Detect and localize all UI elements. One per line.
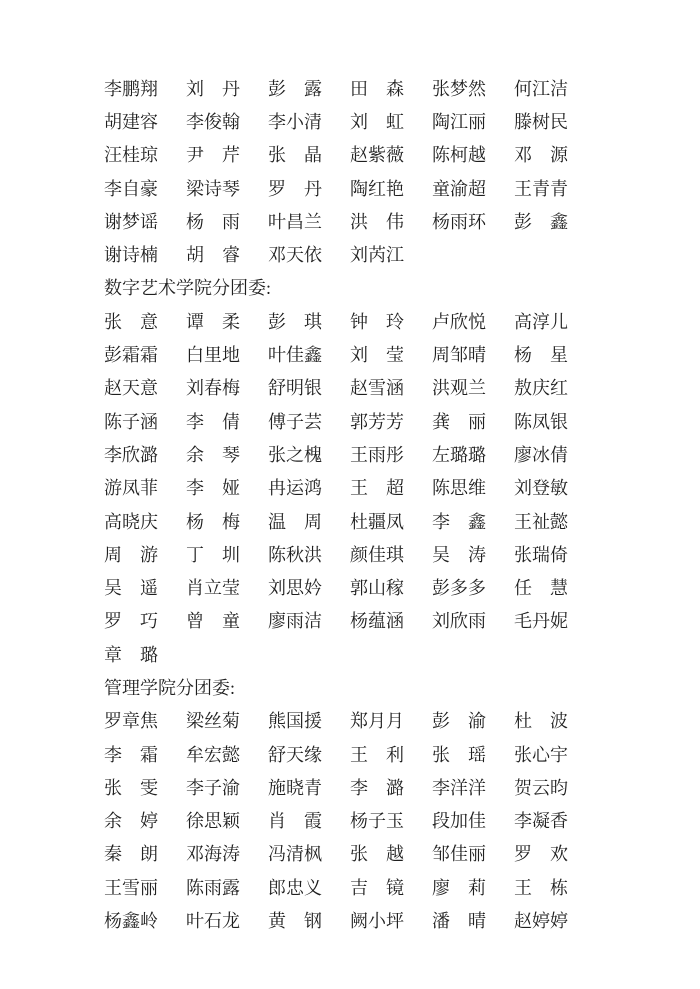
name-cell: 陈秋洪: [268, 541, 325, 567]
name-cell: 彭 琪: [268, 308, 325, 334]
name-cell: 李 娅: [186, 474, 243, 500]
name-cell: 陈思维: [432, 474, 489, 500]
name-cell: 郎忠义: [268, 874, 325, 900]
name-cell: 肖 霞: [268, 807, 325, 833]
name-cell: 刘思妗: [268, 574, 325, 600]
document-page: 李鹏翔刘 丹彭 露田 森张梦然何江洁胡建容李俊翰李小清刘 虹陶江丽滕树民汪桂琼尹…: [0, 0, 700, 989]
name-row: 胡建容李俊翰李小清刘 虹陶江丽滕树民: [104, 104, 574, 137]
name-cell: 李 潞: [350, 774, 407, 800]
name-cell: 余 琴: [186, 441, 243, 467]
name-cell: 洪 伟: [350, 208, 407, 234]
name-cell: 刘春梅: [186, 374, 243, 400]
name-cell: 赵雪涵: [350, 374, 407, 400]
name-cell: 刘登敏: [514, 474, 571, 500]
name-cell: 王 栋: [514, 874, 571, 900]
name-cell: 冉运鸿: [268, 474, 325, 500]
name-cell: 杜疆凤: [350, 508, 407, 534]
name-cell: 余 婷: [104, 807, 161, 833]
name-cell: 刘欣雨: [432, 607, 489, 633]
name-cell: 杨鑫岭: [104, 907, 161, 933]
name-cell: 颜佳琪: [350, 541, 407, 567]
name-row: 罗章焦梁丝菊熊国援郑月月彭 渝杜 波: [104, 704, 574, 737]
name-cell: 彭多多: [432, 574, 489, 600]
name-cell: 周 游: [104, 541, 161, 567]
name-cell: 王祉懿: [514, 508, 571, 534]
name-cell: 张心宇: [514, 741, 571, 767]
name-row: 余 婷徐思颖肖 霞杨子玉段加佳李凝香: [104, 804, 574, 837]
name-cell: 龚 丽: [432, 408, 489, 434]
name-row: 李鹏翔刘 丹彭 露田 森张梦然何江洁: [104, 71, 574, 104]
name-cell: 郭山稼: [350, 574, 407, 600]
name-cell: 陶江丽: [432, 108, 489, 134]
name-cell: 汪桂琼: [104, 141, 161, 167]
name-cell: 陈柯越: [432, 141, 489, 167]
name-cell: 何江洁: [514, 75, 571, 101]
name-cell: 罗 丹: [268, 175, 325, 201]
name-cell: 王 利: [350, 741, 407, 767]
name-row: 李欣潞余 琴张之槐王雨彤左璐璐廖冰倩: [104, 437, 574, 470]
name-cell: 曾 童: [186, 607, 243, 633]
name-cell: 彭 露: [268, 75, 325, 101]
name-cell: 王 超: [350, 474, 407, 500]
name-cell: 刘 莹: [350, 341, 407, 367]
name-cell: 胡 睿: [186, 241, 243, 267]
name-cell: 毛丹妮: [514, 607, 571, 633]
name-cell: 吉 镜: [350, 874, 407, 900]
name-cell: 李 倩: [186, 408, 243, 434]
name-row: 彭霜霜白里地叶佳鑫刘 莹周邹晴杨 星: [104, 337, 574, 370]
name-cell: 高淳儿: [514, 308, 571, 334]
name-cell: 敖庆红: [514, 374, 571, 400]
name-cell: 秦 朗: [104, 840, 161, 866]
name-row: 张 意谭 柔彭 琪钟 玲卢欣悦高淳儿: [104, 304, 574, 337]
name-row: 游凤菲李 娅冉运鸿王 超陈思维刘登敏: [104, 471, 574, 504]
name-cell: 牟宏懿: [186, 741, 243, 767]
name-cell: 冯清枫: [268, 840, 325, 866]
name-cell: 张瑞倚: [514, 541, 571, 567]
name-row: 赵天意刘春梅舒明银赵雪涵洪观兰敖庆红: [104, 371, 574, 404]
name-cell: 杨 星: [514, 341, 571, 367]
name-cell: 童渝超: [432, 175, 489, 201]
name-cell: 游凤菲: [104, 474, 161, 500]
name-cell: 谢诗楠: [104, 241, 161, 267]
name-cell: 郑月月: [350, 707, 407, 733]
name-cell: 李鹏翔: [104, 75, 161, 101]
name-cell: 李俊翰: [186, 108, 243, 134]
name-cell: 邓天依: [268, 241, 325, 267]
name-cell: 杨雨环: [432, 208, 489, 234]
name-cell: 傅子芸: [268, 408, 325, 434]
name-cell: 张 晶: [268, 141, 325, 167]
name-cell: 罗 巧: [104, 607, 161, 633]
name-cell: 杨蕴涵: [350, 607, 407, 633]
name-row: 汪桂琼尹 芹张 晶赵紫薇陈柯越邓 源: [104, 138, 574, 171]
section-header: 数字艺术学院分团委:: [104, 271, 574, 304]
name-cell: 廖冰倩: [514, 441, 571, 467]
name-row: 李 霜牟宏懿舒天缘王 利张 瑶张心宇: [104, 737, 574, 770]
name-list-content: 李鹏翔刘 丹彭 露田 森张梦然何江洁胡建容李俊翰李小清刘 虹陶江丽滕树民汪桂琼尹…: [104, 71, 574, 937]
name-cell: 彭霜霜: [104, 341, 161, 367]
name-cell: 黄 钢: [268, 907, 325, 933]
name-cell: 赵婷婷: [514, 907, 571, 933]
name-cell: 周邹晴: [432, 341, 489, 367]
name-cell: 李自豪: [104, 175, 161, 201]
name-cell: 熊国援: [268, 707, 325, 733]
name-cell: 赵紫薇: [350, 141, 407, 167]
name-cell: 廖雨洁: [268, 607, 325, 633]
name-cell: 郭芳芳: [350, 408, 407, 434]
name-row: 周 游丁 圳陈秋洪颜佳琪吴 涛张瑞倚: [104, 537, 574, 570]
name-cell: 赵天意: [104, 374, 161, 400]
name-cell: 徐思颖: [186, 807, 243, 833]
name-cell: 丁 圳: [186, 541, 243, 567]
name-cell: 潘 晴: [432, 907, 489, 933]
name-cell: 谢梦谣: [104, 208, 161, 234]
name-cell: 叶昌兰: [268, 208, 325, 234]
name-row: 高晓庆杨 梅温 周杜疆凤李 鑫王祉懿: [104, 504, 574, 537]
name-cell: 左璐璐: [432, 441, 489, 467]
name-cell: 叶石龙: [186, 907, 243, 933]
name-cell: 段加佳: [432, 807, 489, 833]
name-cell: 张之槐: [268, 441, 325, 467]
name-cell: 陶红艳: [350, 175, 407, 201]
name-cell: 陈凤银: [514, 408, 571, 434]
name-row: 李自豪梁诗琴罗 丹陶红艳童渝超王青青: [104, 171, 574, 204]
name-cell: 吴 涛: [432, 541, 489, 567]
name-cell: 高晓庆: [104, 508, 161, 534]
name-cell: 洪观兰: [432, 374, 489, 400]
name-row: 谢梦谣杨 雨叶昌兰洪 伟杨雨环彭 鑫: [104, 204, 574, 237]
name-row: 秦 朗邓海涛冯清枫张 越邹佳丽罗 欢: [104, 837, 574, 870]
name-cell: 李洋洋: [432, 774, 489, 800]
name-cell: 张 意: [104, 308, 161, 334]
name-cell: 邹佳丽: [432, 840, 489, 866]
name-row: 罗 巧曾 童廖雨洁杨蕴涵刘欣雨毛丹妮: [104, 604, 574, 637]
name-cell: 田 森: [350, 75, 407, 101]
section-header: 管理学院分团委:: [104, 670, 574, 703]
name-cell: 梁诗琴: [186, 175, 243, 201]
name-row: 张 雯李子渝施晓青李 潞李洋洋贺云昀: [104, 770, 574, 803]
name-cell: 李 鑫: [432, 508, 489, 534]
name-cell: 肖立莹: [186, 574, 243, 600]
name-cell: 王雪丽: [104, 874, 161, 900]
name-cell: 张 瑶: [432, 741, 489, 767]
name-cell: 刘 丹: [186, 75, 243, 101]
name-cell: 刘 虹: [350, 108, 407, 134]
name-cell: 梁丝菊: [186, 707, 243, 733]
name-cell: 杨 雨: [186, 208, 243, 234]
name-cell: 章 璐: [104, 641, 161, 667]
name-cell: 邓 源: [514, 141, 571, 167]
name-row: 章 璐: [104, 637, 574, 670]
name-cell: 罗章焦: [104, 707, 161, 733]
name-cell: 彭 渝: [432, 707, 489, 733]
name-row: 杨鑫岭叶石龙黄 钢阙小坪潘 晴赵婷婷: [104, 903, 574, 936]
name-cell: 杜 波: [514, 707, 571, 733]
name-cell: 谭 柔: [186, 308, 243, 334]
name-cell: 任 慧: [514, 574, 571, 600]
name-cell: 滕树民: [514, 108, 571, 134]
name-cell: 邓海涛: [186, 840, 243, 866]
name-cell: 杨 梅: [186, 508, 243, 534]
name-cell: 温 周: [268, 508, 325, 534]
name-cell: 廖 莉: [432, 874, 489, 900]
name-cell: 陈子涵: [104, 408, 161, 434]
name-cell: 张梦然: [432, 75, 489, 101]
name-cell: 钟 玲: [350, 308, 407, 334]
name-cell: 胡建容: [104, 108, 161, 134]
name-row: 谢诗楠胡 睿邓天依刘芮江: [104, 237, 574, 270]
name-cell: 卢欣悦: [432, 308, 489, 334]
name-cell: 舒明银: [268, 374, 325, 400]
name-cell: 刘芮江: [350, 241, 407, 267]
name-cell: 杨子玉: [350, 807, 407, 833]
name-cell: 叶佳鑫: [268, 341, 325, 367]
name-cell: 陈雨露: [186, 874, 243, 900]
name-cell: 李子渝: [186, 774, 243, 800]
name-row: 王雪丽陈雨露郎忠义吉 镜廖 莉王 栋: [104, 870, 574, 903]
name-cell: 阙小坪: [350, 907, 407, 933]
name-cell: 贺云昀: [514, 774, 571, 800]
name-cell: 罗 欢: [514, 840, 571, 866]
name-cell: 张 雯: [104, 774, 161, 800]
name-cell: 李 霜: [104, 741, 161, 767]
name-cell: 王青青: [514, 175, 571, 201]
name-cell: 王雨彤: [350, 441, 407, 467]
name-cell: 李凝香: [514, 807, 571, 833]
name-cell: 白里地: [186, 341, 243, 367]
name-cell: 吴 遥: [104, 574, 161, 600]
name-cell: 舒天缘: [268, 741, 325, 767]
name-cell: 彭 鑫: [514, 208, 571, 234]
name-cell: 李欣潞: [104, 441, 161, 467]
name-cell: 张 越: [350, 840, 407, 866]
name-row: 吴 遥肖立莹刘思妗郭山稼彭多多任 慧: [104, 570, 574, 603]
name-cell: 施晓青: [268, 774, 325, 800]
name-row: 陈子涵李 倩傅子芸郭芳芳龚 丽陈凤银: [104, 404, 574, 437]
name-cell: 李小清: [268, 108, 325, 134]
name-cell: 尹 芹: [186, 141, 243, 167]
